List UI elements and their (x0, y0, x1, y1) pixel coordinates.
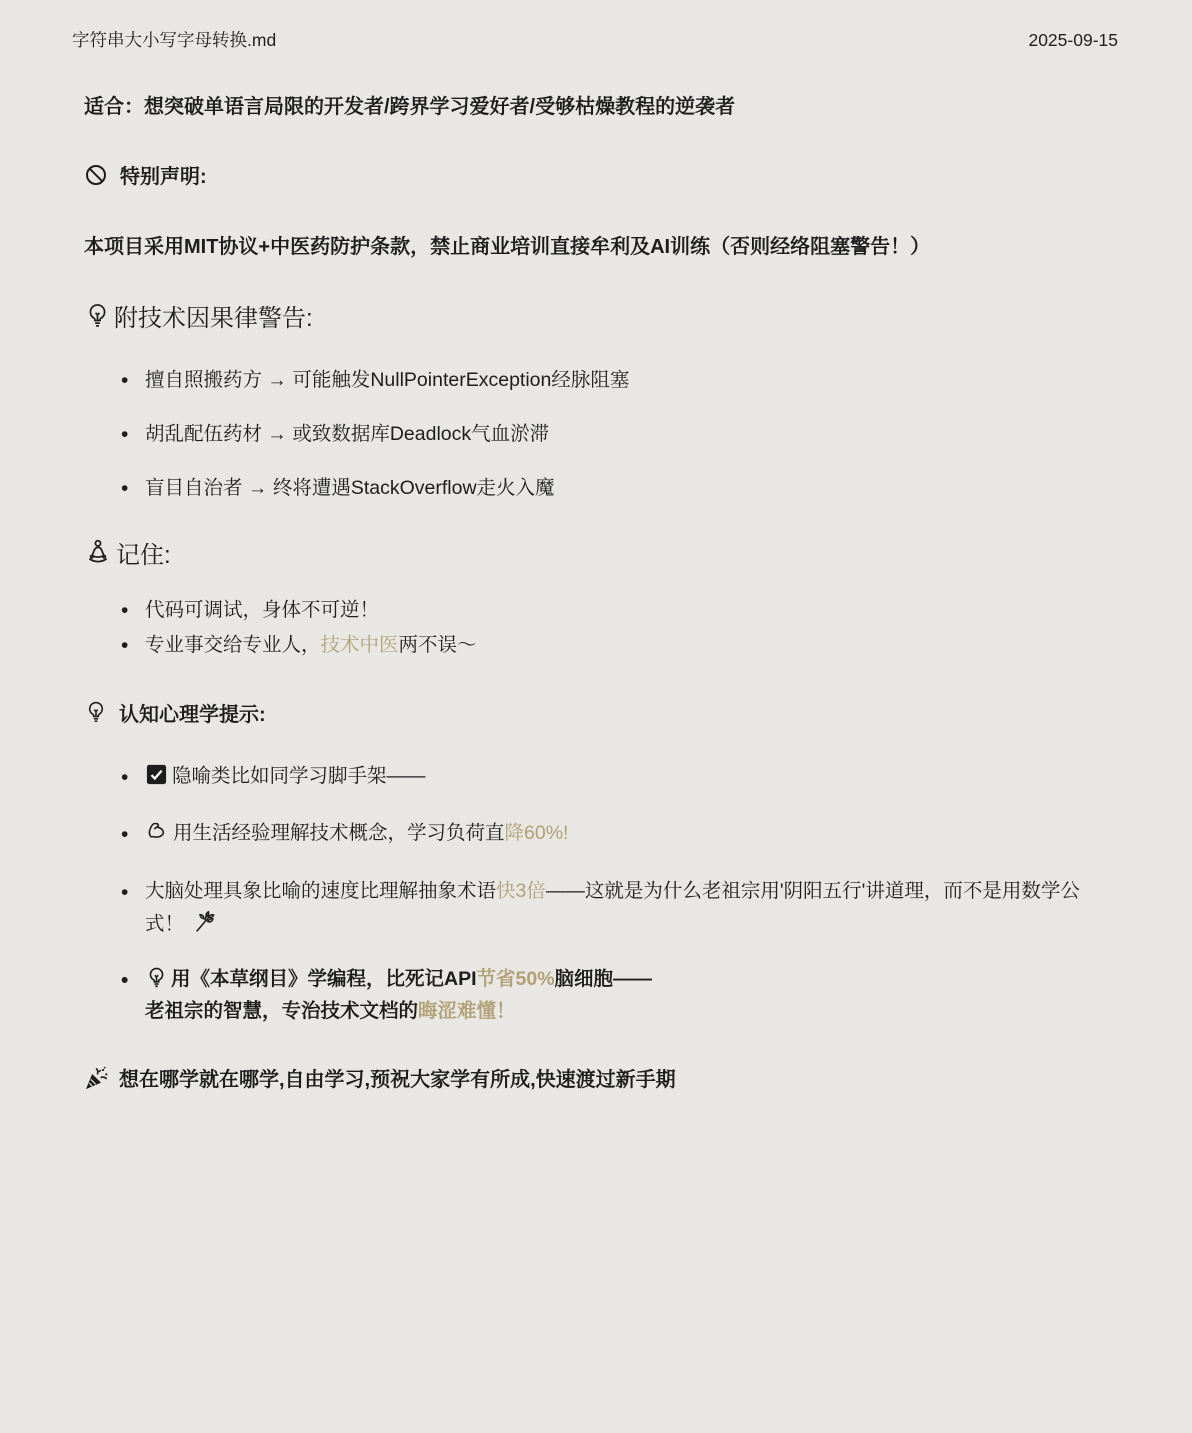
license-notice: 本项目采用MIT协议+中医药防护条款，禁止商业培训直接牟利及AI训练（否则经络阻… (84, 233, 1108, 261)
list-item: 隐喻类比如同学习脚手架—— (145, 760, 1108, 793)
list-item: 盲目自治者 → 终将遭遇StackOverflow走火入魔 (145, 475, 1108, 502)
cognitive-heading-text: 认知心理学提示: (119, 698, 266, 727)
cognitive-list: 隐喻类比如同学习脚手架—— 用生活经验理解技术概念，学习负荷直降60%! 大脑处… (84, 760, 1108, 1029)
audience-line: 适合：想突破单语言局限的开发者/跨界学习爱好者/受够枯燥教程的逆袭者 (84, 94, 1108, 121)
list-item-text: 盲目自治者 → 终将遭遇StackOverflow走火入魔 (145, 477, 555, 499)
karma-warning-heading: 附技术因果律警告: (84, 298, 1108, 333)
remember-heading-text: 记住: (116, 535, 171, 570)
list-item: 大脑处理具象比喻的速度比理解抽象术语快3倍——这就是为什么老祖宗用'阴阳五行'讲… (145, 875, 1108, 941)
list-item-text: 脑细胞—— (555, 968, 653, 990)
list-item-text: 胡乱配伍药材 → 或致数据库Deadlock气血淤滞 (145, 423, 549, 445)
remember-list: 代码可调试，身体不可逆！ 专业事交给专业人，技术中医两不误～ (84, 597, 1108, 659)
highlight-text: 节省50% (477, 968, 555, 990)
list-item-line: 老祖宗的智慧，专治技术文档的晦涩难懂！ (145, 995, 1108, 1028)
declaration-heading-text: 特别声明: (120, 160, 207, 189)
highlight-text: 快3倍 (496, 880, 546, 902)
closing-text: 想在哪学就在哪学,自由学习,预祝大家学有所成,快速渡过新手期 (119, 1063, 676, 1092)
list-item: 胡乱配伍药材 → 或致数据库Deadlock气血淤滞 (145, 421, 1108, 448)
list-item: 用生活经验理解技术概念，学习负荷直降60%! (145, 817, 1108, 850)
special-declaration-heading: 特别声明: (84, 160, 1108, 189)
flexed-biceps-icon (145, 818, 170, 843)
party-popper-icon (84, 1065, 110, 1091)
lightbulb-icon (84, 302, 111, 329)
list-item-text: 大脑处理具象比喻的速度比理解抽象术语 (145, 880, 496, 902)
bouquet-icon (192, 910, 217, 935)
list-item-text: 用《本草纲目》学编程，比死记API (171, 968, 477, 990)
list-item: 代码可调试，身体不可逆！ (145, 597, 1108, 624)
document-date: 2025-09-15 (1028, 30, 1118, 51)
remember-heading: 记住: (84, 535, 1108, 570)
closing-line: 想在哪学就在哪学,自由学习,预祝大家学有所成,快速渡过新手期 (84, 1063, 1108, 1092)
list-item-text: 专业事交给专业人， (145, 634, 321, 656)
list-item: 专业事交给专业人，技术中医两不误～ (145, 632, 1108, 659)
markdown-preview-page: 字符串大小写字母转换.md 2025-09-15 适合：想突破单语言局限的开发者… (0, 0, 1192, 1092)
lightbulb-icon (84, 700, 108, 724)
karma-heading-text: 附技术因果律警告: (114, 298, 313, 333)
list-item-text: 老祖宗的智慧，专治技术文档的 (145, 1000, 418, 1022)
list-item-text: 用生活经验理解技术概念，学习负荷直 (173, 822, 505, 844)
checked-checkbox-icon (145, 763, 168, 786)
prohibition-icon (84, 163, 108, 187)
document-header: 字符串大小写字母转换.md 2025-09-15 (0, 0, 1192, 52)
list-item: 擅自照搬药方 → 可能触发NullPointerException经脉阻塞 (145, 367, 1108, 394)
list-item-text: 擅自照搬药方 → 可能触发NullPointerException经脉阻塞 (145, 369, 629, 391)
list-item: 用《本草纲目》学编程，比死记API节省50%脑细胞—— 老祖宗的智慧，专治技术文… (145, 963, 1108, 1029)
list-item-text: 两不误～ (399, 634, 477, 656)
highlight-text: 技术中医 (321, 634, 399, 656)
document-filename: 字符串大小写字母转换.md (72, 27, 276, 52)
list-item-text: 隐喻类比如同学习脚手架—— (172, 765, 426, 787)
lightbulb-icon (145, 966, 168, 989)
cognitive-psych-heading: 认知心理学提示: (84, 698, 1108, 727)
document-body: 适合：想突破单语言局限的开发者/跨界学习爱好者/受够枯燥教程的逆袭者 特别声明:… (0, 94, 1192, 1092)
highlight-text: 降60%! (505, 822, 569, 844)
meditating-person-icon (84, 538, 112, 566)
karma-warning-list: 擅自照搬药方 → 可能触发NullPointerException经脉阻塞 胡乱… (84, 367, 1108, 502)
highlight-text: 晦涩难懂！ (418, 1000, 516, 1022)
list-item-text: 代码可调试，身体不可逆！ (145, 599, 379, 621)
list-item-line: 用《本草纲目》学编程，比死记API节省50%脑细胞—— (145, 963, 1108, 996)
